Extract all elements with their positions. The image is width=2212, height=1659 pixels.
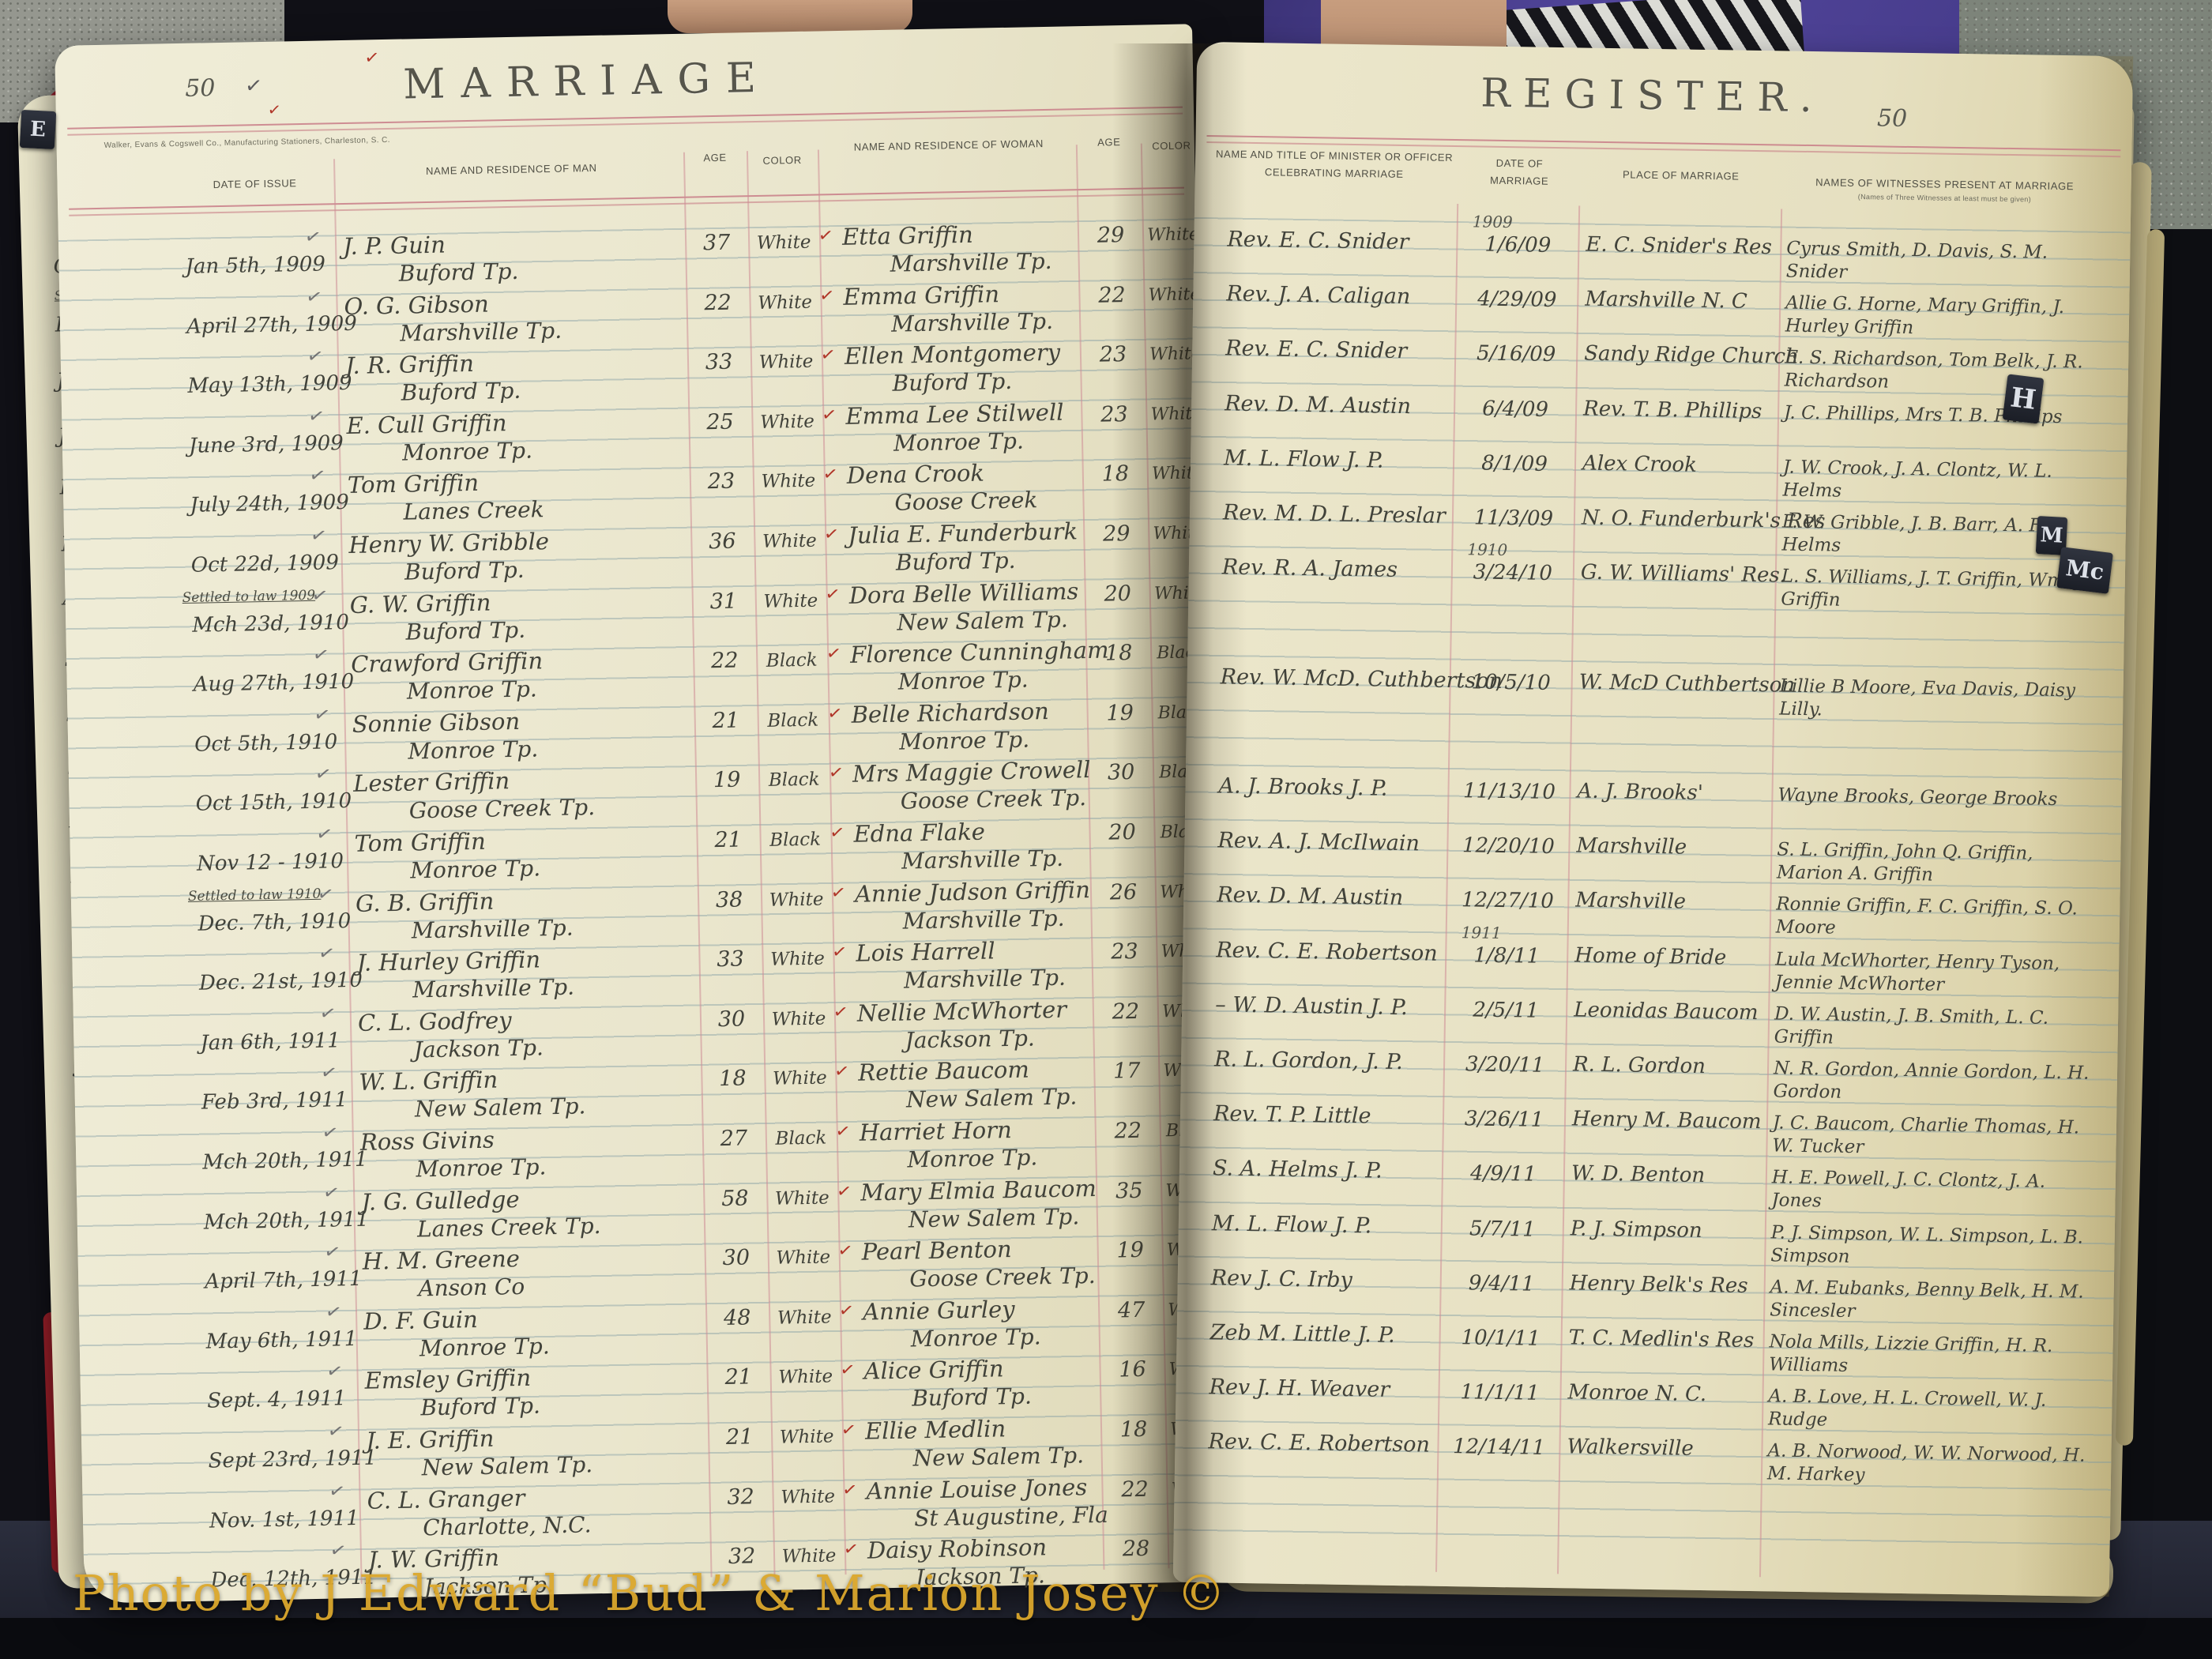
woman-residence: New Salem Tp.: [912, 1442, 1084, 1471]
date-of-issue: Aug 27th, 1910: [193, 670, 354, 697]
woman-residence: Marshville Tp.: [901, 845, 1063, 875]
woman-name: Nellie McWhorter: [857, 995, 1067, 1026]
man-age: 36: [690, 529, 754, 555]
right-page-title: REGISTER.: [1480, 70, 1825, 121]
date-of-issue: June 3rd, 1909: [189, 431, 344, 458]
red-checkmark: ✓: [839, 1359, 856, 1382]
woman-age: 26: [1090, 879, 1157, 905]
date-of-marriage: 12/27/10: [1452, 888, 1563, 913]
place-of-marriage: W. McD Cuthbertson: [1578, 670, 1795, 697]
man-residence: Buford Tp.: [420, 1393, 540, 1421]
man-age: 23: [690, 469, 754, 495]
man-residence: Lanes Creek Tp.: [417, 1213, 601, 1242]
date-of-issue: Sept 23rd, 1911: [208, 1446, 377, 1473]
man-age: 33: [698, 946, 762, 972]
woman-age: 18: [1085, 641, 1153, 667]
minister-name: Zeb M. Little J. P.: [1209, 1320, 1395, 1348]
date-of-marriage: 9/4/11: [1446, 1271, 1557, 1296]
man-color: White: [748, 231, 819, 254]
date-of-marriage: 4/29/09: [1461, 287, 1572, 312]
place-of-marriage: P. J. Simpson: [1571, 1217, 1702, 1243]
witnesses: Lillie B Moore, Eva Davis, Daisy Lilly.: [1779, 675, 2104, 725]
witnesses: A. B. Norwood, W. W. Norwood, H. M. Hark…: [1767, 1440, 2092, 1491]
header-date-line1: DATE OF: [1462, 156, 1577, 170]
date-of-issue: Jan 6th, 1911: [200, 1029, 340, 1055]
man-residence: Monroe Tp.: [416, 1153, 546, 1182]
man-name: G. W. Griffin: [350, 589, 491, 618]
minister-name: Rev. T. P. Little: [1213, 1101, 1371, 1128]
witnesses: A. B. Love, H. L. Crowell, W. J. Rudge: [1768, 1386, 2093, 1436]
man-residence: Goose Creek Tp.: [409, 794, 596, 824]
man-age: 33: [687, 349, 751, 375]
man-color: White: [749, 292, 820, 314]
header-date-of-issue: DATE OF ISSUE: [175, 176, 333, 191]
witnesses: A. M. Eubanks, Benny Belk, H. M. Sincesl…: [1770, 1276, 2094, 1326]
woman-name: Daisy Robinson: [867, 1533, 1048, 1563]
place-of-marriage: E. C. Snider's Res: [1586, 233, 1772, 260]
date-of-issue: Feb 3rd, 1911: [201, 1089, 348, 1115]
man-residence: Jackson Tp.: [423, 1571, 554, 1600]
man-color: White: [773, 1545, 845, 1567]
red-checkmark: ✓: [842, 1538, 860, 1561]
header-witnesses-sub: (Names of Three Witnesses at least must …: [1783, 191, 2105, 204]
woman-age: 28: [1103, 1536, 1170, 1562]
woman-residence: Jackson Tp.: [915, 1562, 1045, 1590]
woman-name: Ellen Montgomery: [845, 339, 1061, 370]
man-residence: Monroe Tp.: [402, 437, 532, 465]
minister-name: Rev. D. M. Austin: [1217, 883, 1403, 911]
man-color: White: [755, 590, 826, 612]
witnesses: [1781, 620, 2105, 625]
header-witnesses: NAMES OF WITNESSES PRESENT AT MARRIAGE: [1784, 175, 2106, 192]
man-name: J. Hurley Griffin: [356, 946, 540, 976]
man-name: E. Cull Griffin: [346, 409, 507, 439]
man-color: Black: [758, 769, 829, 792]
index-tab-mc: Mc: [2056, 547, 2113, 594]
man-residence: Lanes Creek: [403, 497, 544, 525]
place-of-marriage: Monroe N. C.: [1567, 1381, 1706, 1407]
man-name: Tom Griffin: [354, 828, 486, 857]
minister-name: Rev. R. A. James: [1222, 555, 1398, 582]
index-tab-h: H: [2003, 374, 2045, 423]
man-color: White: [769, 1307, 840, 1329]
man-residence: Charlotte, N.C.: [423, 1511, 592, 1540]
date-of-marriage: 1/8/11: [1451, 943, 1562, 969]
man-name: Emsley Griffin: [364, 1364, 531, 1394]
woman-name: Florence Cunningham: [850, 637, 1109, 668]
man-residence: Buford Tp.: [399, 258, 519, 287]
man-color: White: [753, 471, 824, 493]
red-checkmark: ✓: [817, 224, 834, 247]
man-age: 30: [700, 1006, 764, 1033]
woman-name: Emma Griffin: [843, 280, 999, 310]
minister-name: R. L. Gordon, J. P.: [1214, 1047, 1403, 1074]
woman-residence: New Salem Tp.: [897, 606, 1068, 635]
red-checkmark: ✓: [820, 404, 837, 427]
date-of-marriage: 8/1/09: [1459, 451, 1570, 476]
place-of-marriage: Marshville N. C: [1585, 288, 1747, 314]
man-color: White: [772, 1486, 843, 1508]
woman-residence: Monroe Tp.: [898, 667, 1029, 695]
man-color: White: [766, 1187, 837, 1209]
minister-name: S. A. Helms J. P.: [1213, 1157, 1382, 1183]
place-of-marriage: Home of Bride: [1574, 943, 1727, 969]
date-of-issue: Dec. 21st, 1910: [199, 969, 363, 995]
man-residence: Marshville Tp.: [400, 317, 562, 346]
man-name: Henry W. Gribble: [348, 528, 549, 559]
man-name: Lester Griffin: [353, 768, 510, 798]
place-of-marriage: W. D. Benton: [1571, 1162, 1706, 1188]
woman-residence: Monroe Tp.: [899, 726, 1029, 754]
date-of-issue: Sept. 4, 1911: [207, 1387, 347, 1413]
man-color: White: [751, 411, 822, 433]
woman-residence: St Augustine, Fla: [914, 1501, 1108, 1531]
right-page-number: 50: [1877, 104, 1908, 133]
man-name: J. G. Gulledge: [361, 1186, 520, 1216]
man-color: Black: [758, 709, 829, 732]
date-of-marriage: 11/1/11: [1444, 1380, 1555, 1405]
header-color: COLOR: [747, 153, 818, 167]
red-checkmark: ✓: [831, 941, 848, 964]
man-age: 27: [702, 1126, 766, 1152]
woman-name: Alice Griffin: [863, 1356, 1004, 1385]
witnesses: J. C. Baucom, Charlie Thomas, H. W. Tuck…: [1772, 1112, 2097, 1163]
red-checkmark: ✓: [829, 822, 846, 845]
index-tab-e: E: [20, 110, 56, 149]
red-checkmark: ✓: [819, 344, 837, 367]
table-edge: [0, 1618, 2212, 1659]
date-of-marriage: 3/26/11: [1449, 1107, 1559, 1132]
man-residence: New Salem Tp.: [415, 1093, 586, 1123]
woman-age: 22: [1095, 1118, 1162, 1144]
date-of-marriage: 5/16/09: [1461, 341, 1571, 367]
man-age: 21: [694, 708, 758, 734]
date-of-marriage: 6/4/09: [1460, 397, 1571, 422]
woman-name: Ellie Medlin: [865, 1415, 1006, 1444]
date-of-marriage: 4/9/11: [1448, 1161, 1559, 1187]
red-checkmark: ✓: [840, 1419, 857, 1442]
woman-residence: Marshville Tp.: [904, 965, 1066, 994]
minister-name: Rev. E. C. Snider: [1225, 337, 1407, 364]
man-color: Black: [756, 650, 827, 672]
man-name: Crawford Griffin: [351, 647, 543, 678]
red-checkmark: ✓: [822, 463, 839, 486]
date-of-marriage: 11/13/10: [1454, 779, 1564, 804]
woman-age: 23: [1081, 401, 1148, 427]
man-age: 48: [705, 1305, 769, 1331]
man-age: 18: [701, 1066, 765, 1092]
red-checkmark: ✓: [825, 642, 842, 665]
date-of-marriage: 10/5/10: [1455, 670, 1566, 695]
woman-age: 16: [1099, 1357, 1166, 1383]
woman-age: 22: [1101, 1477, 1168, 1503]
man-age: 32: [710, 1544, 774, 1570]
man-residence: Marshville Tp.: [411, 914, 573, 943]
man-residence: Monroe Tp.: [407, 676, 537, 705]
header-age-2: AGE: [1076, 136, 1142, 149]
header-date-line2: MARRIAGE: [1462, 174, 1577, 187]
date-of-marriage: 2/5/11: [1450, 998, 1561, 1023]
man-age: 37: [685, 230, 749, 256]
place-of-marriage: Sandy Ridge Church: [1584, 342, 1799, 369]
date-of-marriage: 12/14/11: [1443, 1435, 1554, 1460]
woman-age: 20: [1089, 819, 1156, 845]
man-residence: Monroe Tp.: [408, 735, 538, 764]
woman-name: Mary Elmia Baucom: [860, 1175, 1097, 1206]
woman-age: 22: [1093, 999, 1160, 1025]
woman-residence: Monroe Tp.: [911, 1323, 1041, 1352]
man-name: J. E. Griffin: [366, 1425, 495, 1454]
woman-name: Mrs Maggie Crowell: [852, 756, 1091, 788]
man-name: D. F. Guin: [363, 1306, 478, 1335]
red-checkmark: ✓: [832, 1001, 849, 1024]
minister-name: Rev. M. D. L. Preslar: [1223, 500, 1446, 528]
red-checkmark: ✓: [818, 284, 836, 307]
woman-residence: Monroe Tp.: [907, 1144, 1037, 1172]
place-of-marriage: Marshville: [1576, 834, 1687, 860]
woman-name: Lois Harrell: [856, 938, 995, 967]
date-of-issue: Mch 23d, 1910: [192, 611, 349, 638]
header-woman: NAME AND RESIDENCE OF WOMAN: [819, 137, 1078, 153]
witnesses: N. R. Gordon, Annie Gordon, L. H. Gordon: [1773, 1057, 2097, 1108]
red-checkmark: ✓: [827, 762, 845, 784]
minister-name: A. J. Brooks J. P.: [1218, 773, 1387, 800]
date-of-issue: July 24th, 1909: [190, 491, 349, 517]
date-of-issue: April 27th, 1909: [186, 311, 357, 338]
pencil-checkmark: ✓: [303, 224, 323, 250]
place-of-marriage: A. J. Brooks': [1577, 779, 1703, 804]
date-of-marriage: 5/7/11: [1447, 1217, 1558, 1242]
header-minister-line1: NAME AND TITLE OF MINISTER OR OFFICER: [1209, 148, 1459, 164]
date-of-marriage: [1455, 724, 1566, 726]
woman-name: Annie Judson Griffin: [855, 876, 1090, 908]
woman-residence: Goose Creek Tp.: [900, 785, 1086, 815]
place-of-marriage: Henry Belk's Res: [1570, 1271, 1748, 1298]
year-note: 1911: [1461, 923, 1502, 942]
man-age: 38: [698, 887, 762, 913]
place-of-marriage: Marshville: [1575, 889, 1686, 914]
woman-name: Dena Crook: [847, 460, 985, 489]
man-age: 22: [686, 290, 750, 316]
red-checkmark: ✓: [363, 47, 380, 69]
hand-fingers-top: [668, 0, 912, 33]
date-of-issue: Oct 22d, 1909: [191, 551, 340, 577]
date-of-issue: Oct 5th, 1910: [194, 730, 338, 756]
minister-name: Rev. C. E. Robertson: [1208, 1430, 1430, 1458]
place-of-marriage: T. C. Medlin's Res: [1568, 1326, 1754, 1352]
date-of-issue: April 7th, 1911: [205, 1267, 363, 1294]
man-residence: New Salem Tp.: [422, 1451, 593, 1480]
minister-name: M. L. Flow J. P.: [1212, 1211, 1372, 1238]
man-name: J. R. Griffin: [345, 350, 475, 379]
witnesses: Ronnie Griffin, F. C. Griffin, S. O. Moo…: [1776, 893, 2101, 944]
man-color: White: [750, 352, 822, 374]
header-man: NAME AND RESIDENCE OF MAN: [341, 160, 681, 179]
man-age: 21: [706, 1364, 770, 1390]
witnesses: Allie G. Horne, Mary Griffin, J. Hurley …: [1785, 292, 2110, 343]
date-of-issue: May 13th, 1909: [187, 371, 352, 398]
date-of-marriage: 1/6/09: [1462, 232, 1573, 258]
settled-note: Settled to law 1909: [182, 587, 315, 605]
red-checkmark: ✓: [826, 702, 844, 725]
minister-name: Rev J. H. Weaver: [1209, 1375, 1390, 1402]
woman-name: Pearl Benton: [861, 1236, 1012, 1266]
woman-age: 30: [1088, 760, 1155, 786]
woman-residence: Buford Tp.: [912, 1383, 1032, 1412]
man-name: C. L. Godfrey: [358, 1006, 512, 1036]
pencil-checkmark: ✓: [243, 73, 263, 99]
woman-age: 17: [1093, 1059, 1161, 1085]
woman-name: Julia E. Funderburk: [848, 517, 1078, 549]
man-color: White: [764, 1068, 835, 1090]
man-name: G. B. Griffin: [355, 887, 495, 916]
witnesses: J. C. Phillips, Mrs T. B. Phillips: [1784, 401, 2108, 429]
woman-name: Edna Flake: [853, 818, 985, 848]
date-of-issue: Dec. 7th, 1910: [197, 909, 351, 936]
witnesses: [1779, 729, 2103, 734]
marriage-page: 50 ✓ ✓ ✓ MARRIAGE Walker, Evans & Cogswe…: [55, 24, 1222, 1603]
header-minister-line2: CELEBRATING MARRIAGE: [1209, 165, 1459, 181]
man-residence: Buford Tp.: [404, 557, 525, 585]
woman-age: 47: [1098, 1297, 1165, 1323]
man-residence: Anson Co: [418, 1273, 525, 1302]
man-residence: Buford Tp.: [401, 378, 521, 406]
woman-residence: Buford Tp.: [892, 368, 1012, 397]
woman-age: 19: [1097, 1238, 1164, 1264]
woman-age: 18: [1100, 1416, 1168, 1443]
year-note: 1910: [1467, 540, 1507, 559]
minister-name: Rev. D. M. Austin: [1224, 391, 1411, 419]
man-name: Sonnie Gibson: [352, 708, 520, 738]
woman-residence: Goose Creek Tp.: [909, 1262, 1096, 1292]
woman-residence: New Salem Tp.: [908, 1203, 1080, 1232]
minister-name: M. L. Flow J. P.: [1224, 446, 1384, 472]
witnesses: Cyrus Smith, D. Davis, S. M. Snider: [1786, 238, 2111, 288]
man-age: 19: [695, 767, 759, 793]
woman-residence: Monroe Tp.: [893, 427, 1024, 456]
woman-name: Harriet Horn: [859, 1116, 1012, 1146]
man-name: C. L. Granger: [367, 1484, 525, 1514]
man-age: 21: [708, 1424, 772, 1450]
red-checkmark: ✓: [841, 1478, 859, 1501]
minister-name: Rev. A. J. McIlwain: [1217, 829, 1420, 856]
date-of-issue: May 6th, 1911: [205, 1327, 357, 1354]
man-color: White: [762, 948, 833, 970]
woman-name: Rettie Baucom: [858, 1056, 1029, 1086]
witnesses: Lula McWhorter, Henry Tyson, Jennie McWh…: [1775, 948, 2100, 999]
witnesses: Nola Mills, Lizzie Griffin, H. R. Willia…: [1769, 1330, 2093, 1381]
date-of-marriage: 3/20/11: [1450, 1052, 1560, 1078]
woman-residence: Jackson Tp.: [905, 1025, 1035, 1053]
place-of-marriage: R. L. Gordon: [1573, 1052, 1706, 1078]
woman-residence: Goose Creek: [894, 487, 1037, 516]
woman-age: 20: [1084, 581, 1151, 607]
woman-name: Annie Louise Jones: [866, 1473, 1087, 1504]
man-age: 22: [693, 648, 757, 674]
witnesses: J. W. Crook, J. A. Clontz, W. L. Helms: [1782, 456, 2107, 506]
man-name: O. G. Gibson: [344, 290, 489, 320]
man-age: 32: [709, 1484, 773, 1510]
man-age: 30: [705, 1245, 769, 1271]
place-of-marriage: Alex Crook: [1582, 451, 1697, 476]
witnesses: D. W. Austin, J. B. Smith, L. C. Griffin: [1774, 1003, 2098, 1053]
date-of-marriage: 11/3/09: [1458, 506, 1569, 531]
red-checkmark: ✓: [837, 1240, 854, 1262]
witnesses: L. S. Williams, J. T. Griffin, Wm. J. Gr…: [1781, 566, 2105, 616]
witnesses: P. J. Simpson, W. L. Simpson, L. B. Simp…: [1770, 1221, 2095, 1272]
woman-residence: Marshville Tp.: [890, 248, 1051, 277]
red-checkmark: ✓: [824, 583, 841, 606]
man-age: 58: [703, 1186, 767, 1212]
minister-name: – W. D. Austin J. P.: [1215, 992, 1408, 1020]
left-page-number: 50: [185, 74, 216, 103]
witnesses: S. L. Griffin, John Q. Griffin, Marion A…: [1777, 839, 2101, 890]
minister-name: Rev J. C. Irby: [1211, 1266, 1352, 1292]
woman-name: Belle Richardson: [851, 698, 1049, 728]
witnesses: E. S. Richardson, Tom Belk, J. R. Richar…: [1785, 347, 2109, 397]
date-of-issue: Nov. 1st, 1911: [209, 1507, 359, 1533]
man-color: White: [768, 1247, 839, 1269]
minister-name: Rev. C. E. Robertson: [1216, 938, 1438, 965]
woman-name: Annie Gurley: [863, 1296, 1015, 1326]
woman-age: 23: [1091, 939, 1158, 965]
woman-residence: Marshville Tp.: [902, 905, 1064, 934]
red-checkmark: ✓: [266, 100, 282, 121]
header-color-2: COLOR: [1142, 139, 1201, 152]
date-of-marriage: 3/24/10: [1458, 560, 1568, 585]
woman-age: 29: [1083, 521, 1150, 547]
man-color: White: [771, 1426, 842, 1448]
man-residence: Monroe Tp.: [419, 1333, 550, 1361]
woman-residence: Buford Tp.: [896, 547, 1016, 576]
man-color: White: [763, 1008, 834, 1030]
man-name: J. W. Griffin: [368, 1544, 499, 1574]
date-of-issue: Mch 20th, 1911: [204, 1207, 370, 1234]
header-age: AGE: [683, 151, 747, 164]
man-color: White: [761, 889, 832, 911]
header-place: PLACE OF MARRIAGE: [1582, 167, 1780, 182]
red-checkmark: ✓: [822, 523, 840, 546]
man-age: 21: [696, 827, 760, 853]
red-checkmark: ✓: [837, 1300, 855, 1322]
man-age: 31: [692, 589, 756, 615]
witnesses: Wayne Brooks, George Brooks: [1777, 784, 2101, 811]
woman-age: 35: [1096, 1178, 1163, 1204]
woman-residence: Marshville Tp.: [891, 307, 1053, 337]
man-name: J. P. Guin: [343, 231, 446, 260]
date-of-marriage: 10/1/11: [1445, 1326, 1556, 1351]
date-of-issue: Jan 5th, 1909: [185, 252, 325, 278]
left-page-title: MARRIAGE: [403, 55, 773, 109]
minister-name: Rev. E. C. Snider: [1227, 227, 1409, 254]
date-of-marriage: 12/20/10: [1453, 833, 1563, 859]
woman-age: 23: [1080, 342, 1147, 368]
woman-age: 18: [1082, 461, 1149, 487]
man-name: H. M. Greene: [362, 1245, 520, 1275]
man-name: Ross Givins: [360, 1127, 495, 1156]
date-of-issue: Oct 15th, 1910: [195, 789, 352, 816]
man-name: Tom Griffin: [348, 469, 480, 498]
red-checkmark: ✓: [835, 1179, 852, 1202]
woman-age: 19: [1086, 700, 1153, 726]
man-color: White: [769, 1367, 841, 1389]
woman-name: Emma Lee Stilwell: [845, 398, 1064, 429]
place-of-marriage: G. W. Williams' Res.: [1581, 561, 1787, 588]
date-of-issue: Mch 20th, 1911: [202, 1148, 368, 1175]
man-color: Black: [766, 1127, 837, 1149]
date-of-issue: Dec. 12th, 1911: [210, 1566, 377, 1593]
year-note: 1909: [1473, 212, 1513, 231]
